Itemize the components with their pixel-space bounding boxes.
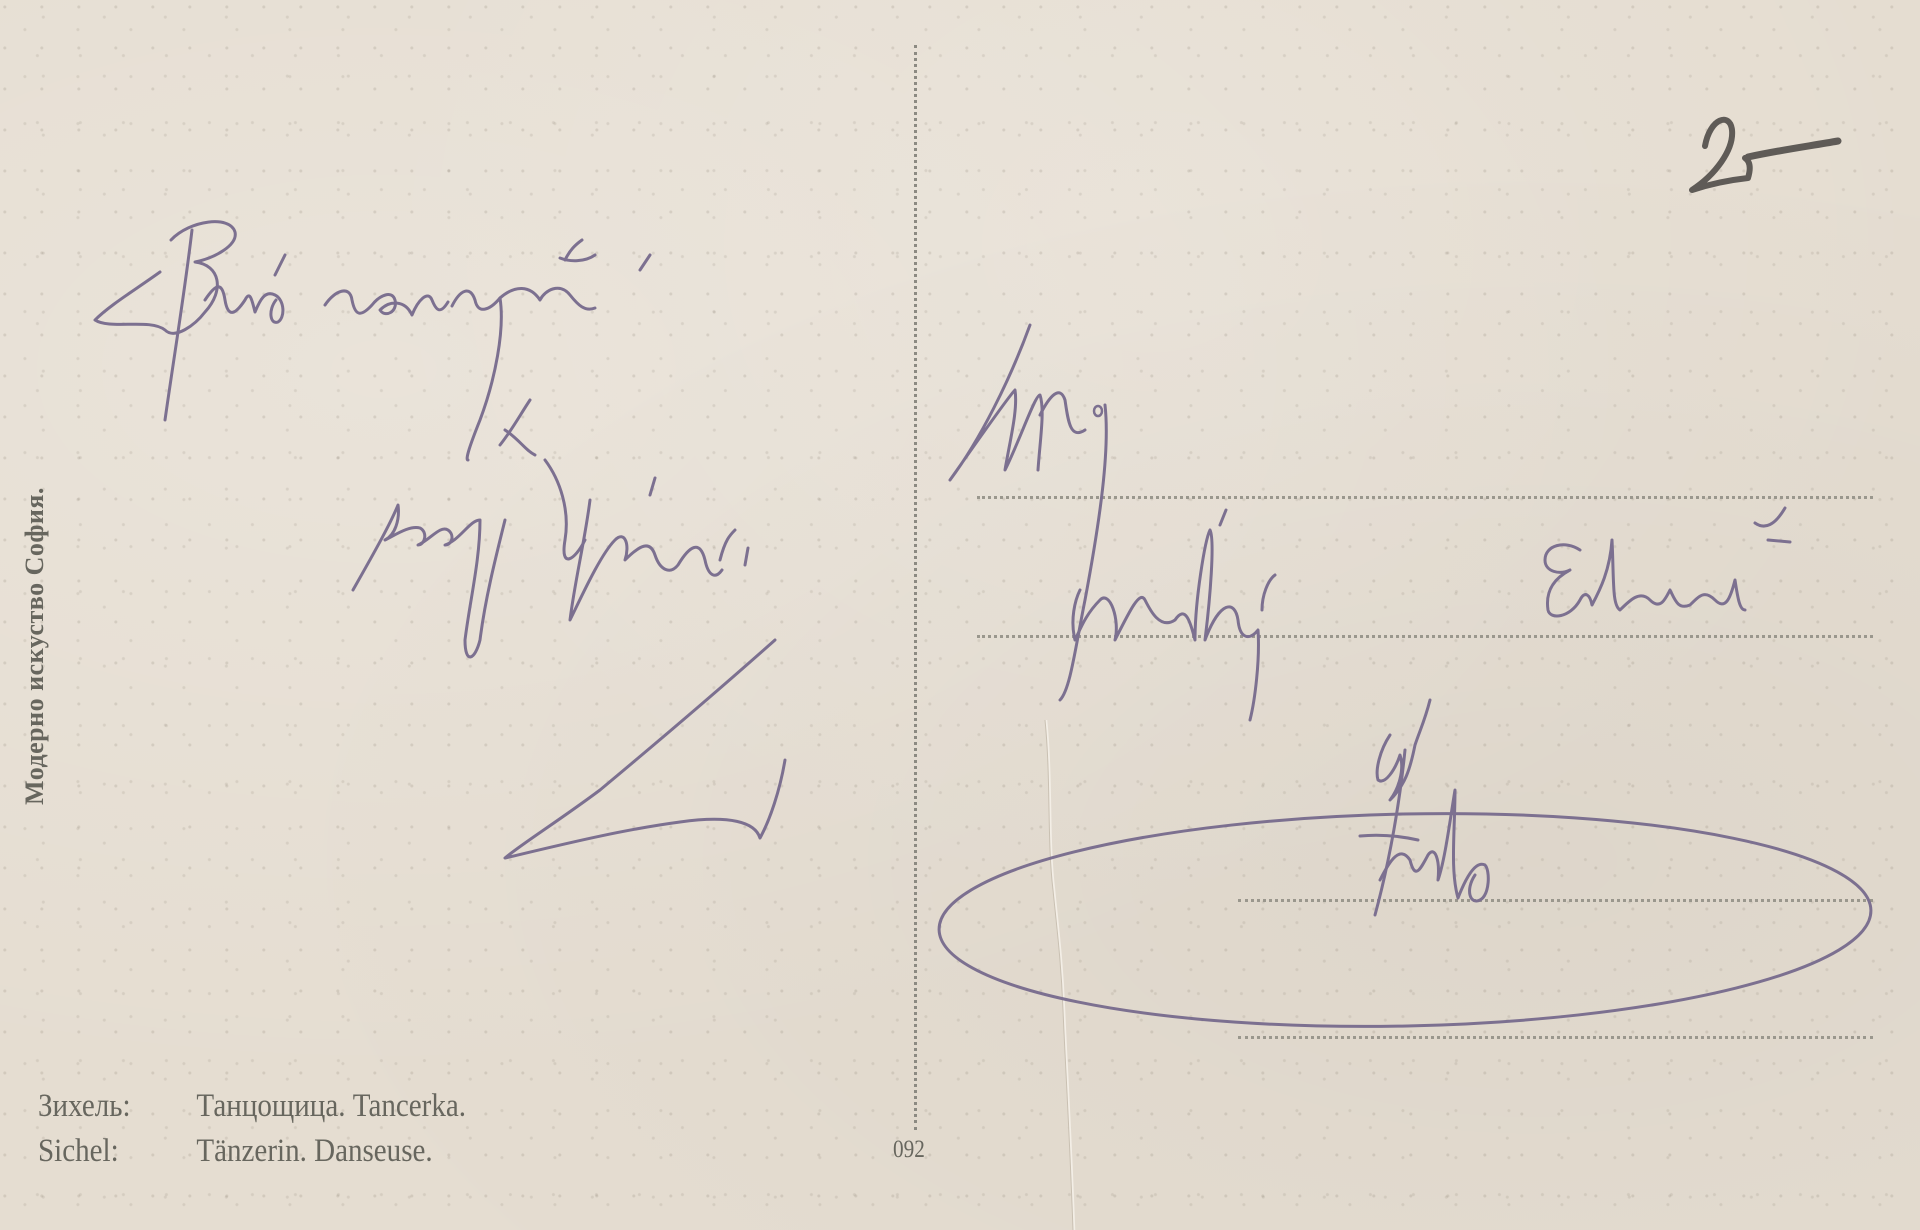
- address-line-1-ink: [950, 325, 1106, 700]
- caption-artist-cyrillic: Зихель:: [38, 1088, 131, 1124]
- caption-title-de-fr: Tänzerin. Danseuse.: [196, 1133, 432, 1170]
- address-line-2-ink: [1073, 508, 1790, 720]
- message-text-1: Buď věčným: [180, 300, 236, 311]
- address-text-3: zde: [1380, 860, 1396, 871]
- caption-line-1: Зихель: Танцощица. Tancerka.: [38, 1088, 131, 1125]
- address-line-1: [977, 496, 1873, 499]
- handwriting-layer: [0, 0, 1920, 1230]
- caption-line-2: Sichel: Tänzerin. Danseuse.: [38, 1133, 119, 1170]
- address-text-2: drahý Edouši: [1080, 600, 1138, 611]
- address-text-1: Můj: [960, 440, 976, 451]
- address-line-4: [1238, 1036, 1873, 1039]
- serial-number: 092: [893, 1136, 925, 1164]
- caption-artist-latin: Sichel:: [38, 1133, 119, 1169]
- price-mark-text: 2—: [1700, 150, 1716, 161]
- publisher-imprint: Модерно искуство София.: [20, 487, 50, 805]
- caption-title-bg-pl: Танцощица. Tancerka.: [196, 1088, 466, 1125]
- postcard-back: Модерно искуство София. Зихель: Танцощиц…: [0, 0, 1920, 1230]
- address-line-3: [1238, 899, 1873, 902]
- signature-flourish-ink: [505, 640, 785, 858]
- center-divider-dotted: [914, 45, 917, 1130]
- paper-crack: [1040, 720, 1080, 1230]
- price-mark-pencil: [1692, 120, 1838, 190]
- message-text-2: svojí Marii: [360, 520, 405, 531]
- paper-texture: [0, 0, 1920, 1230]
- address-line-2: [977, 635, 1873, 638]
- address-line-3-ink: [1360, 700, 1488, 915]
- message-line-2-ink: [353, 400, 748, 657]
- message-line-1-ink: [95, 222, 650, 460]
